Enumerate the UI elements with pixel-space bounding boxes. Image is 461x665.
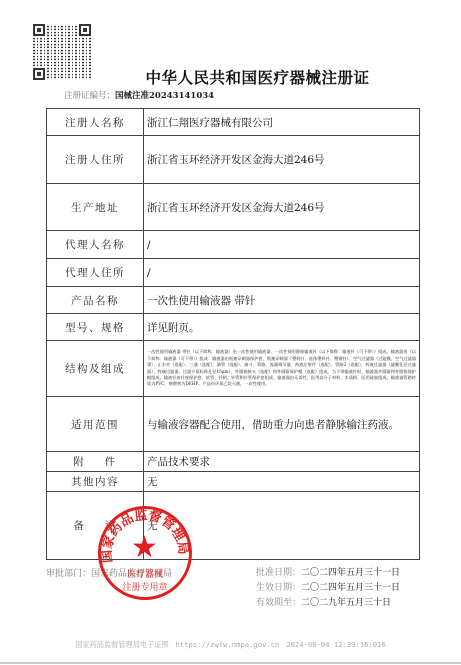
row-value: 一次性使用输液器 带针（以下简称：输液器）由一次性使用输液器、一次性使用静脉输液… <box>144 341 420 397</box>
approval-date: 批准日期：二〇二四年五月三十一日 <box>256 566 400 581</box>
footer-url[interactable]: https://zwfw.nmpa.gov.cn <box>176 640 280 649</box>
row-label: 结构及组成 <box>47 341 144 397</box>
row-value: 浙江省玉环经济开发区金海大道246号 <box>144 136 420 184</box>
registration-number-label: 注册证编号： <box>64 91 115 101</box>
row-value: 一次性使用输液器 带针 <box>144 287 420 314</box>
row-value: 浙江省玉环经济开发区金海大道246号 <box>144 184 420 231</box>
seal-line-2: 注册专用章 <box>101 580 189 593</box>
row-label: 生产地址 <box>47 184 144 231</box>
row-value: 无 <box>144 492 420 560</box>
row-value: 与输液容器配合使用，借助重力向患者静脉输注药液。 <box>144 397 420 452</box>
qr-finder-icon <box>33 24 45 36</box>
page-bottom-divider <box>0 662 461 664</box>
row-label: 备 注 <box>47 492 144 560</box>
table-row: 其他内容 无 <box>47 472 420 492</box>
table-row: 代理人名称 / <box>47 231 420 259</box>
row-label: 产品名称 <box>47 287 144 314</box>
table-row: 注册人住所 浙江省玉环经济开发区金海大道246号 <box>47 136 420 184</box>
approval-department-label: 审批部门： <box>46 569 91 579</box>
table-row: 产品名称 一次性使用输液器 带针 <box>47 287 420 314</box>
table-row: 型号、规格 详见附页。 <box>47 314 420 341</box>
table-row: 结构及组成 一次性使用输液器 带针（以下简称：输液器）由一次性使用输液器、一次性… <box>47 341 420 397</box>
table-row: 附 件 产品技术要求 <box>47 452 420 472</box>
row-label: 代理人名称 <box>47 231 144 259</box>
certificate-table: 注册人名称 浙江仁翔医疗器械有限公司 注册人住所 浙江省玉环经济开发区金海大道2… <box>46 108 420 560</box>
valid-until-date: 有效期至：二〇二九年五月三十日 <box>256 596 400 611</box>
row-value: / <box>144 231 420 259</box>
row-value: 无 <box>144 472 420 492</box>
row-value: 详见附页。 <box>144 314 420 341</box>
row-label: 注册人名称 <box>47 109 144 136</box>
row-label: 型号、规格 <box>47 314 144 341</box>
row-value: / <box>144 259 420 287</box>
row-label: 附 件 <box>47 452 144 472</box>
registration-number-value: 国械注准20243141034 <box>115 91 214 101</box>
qr-finder-icon <box>79 24 91 36</box>
table-row: 代理人住所 / <box>47 259 420 287</box>
e-certificate-footer: 国家药品监督管理局电子证照 https://zwfw.nmpa.gov.cn 2… <box>0 640 461 650</box>
row-label: 代理人住所 <box>47 259 144 287</box>
footer-issuer: 国家药品监督管理局电子证照 <box>75 640 168 649</box>
footer-timestamp: 2024-06-04 12:39:16:016 <box>286 640 386 649</box>
row-label: 适用范围 <box>47 397 144 452</box>
table-row: 注册人名称 浙江仁翔医疗器械有限公司 <box>47 109 420 136</box>
row-label: 其他内容 <box>47 472 144 492</box>
table-row: 适用范围 与输液容器配合使用，借助重力向患者静脉输注药液。 <box>47 397 420 452</box>
table-row: 备 注 无 <box>47 492 420 560</box>
registration-number: 注册证编号：国械注准20243141034 <box>64 89 214 101</box>
table-row: 生产地址 浙江省玉环经济开发区金海大道246号 <box>47 184 420 231</box>
effective-date: 生效日期：二〇二四年五月三十一日 <box>256 581 400 596</box>
approval-dates: 批准日期：二〇二四年五月三十一日 生效日期：二〇二四年五月三十一日 有效期至：二… <box>256 566 400 611</box>
row-value: 浙江仁翔医疗器械有限公司 <box>144 109 420 136</box>
approval-department-value: 国家药品监督管理局 <box>91 569 172 579</box>
document-title: 中华人民共和国医疗器械注册证 <box>0 66 461 88</box>
approval-department: 审批部门：国家药品监督管理局 <box>46 566 172 579</box>
row-value: 产品技术要求 <box>144 452 420 472</box>
row-label: 注册人住所 <box>47 136 144 184</box>
